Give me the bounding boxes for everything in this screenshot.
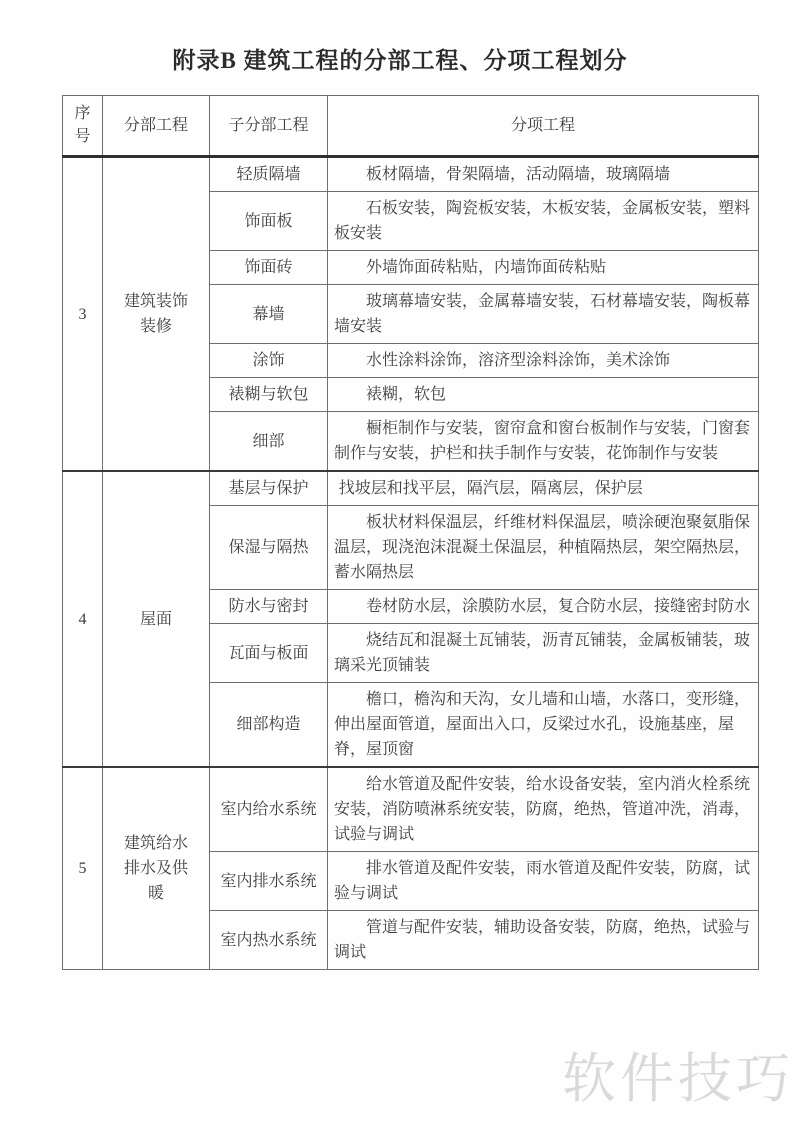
cell-items: 找坡层和找平层，隔汽层，隔离层，保护层: [328, 471, 759, 506]
document-page: 附录B 建筑工程的分部工程、分项工程划分 序号 分部工程 子分部工程 分项工程 …: [0, 0, 800, 1132]
cell-items: 石板安装，陶瓷板安装，木板安装，金属板安装，塑料板安装: [328, 192, 759, 251]
cell-items: 烧结瓦和混凝土瓦铺装，沥青瓦铺装，金属板铺装，玻璃采光顶铺装: [328, 624, 759, 683]
cell-division: 建筑给水排水及供暖: [103, 767, 210, 970]
cell-division: 建筑装饰装修: [103, 157, 210, 472]
division-label: 建筑给水排水及供暖: [122, 831, 189, 906]
table-row: 4屋面基层与保护找坡层和找平层，隔汽层，隔离层，保护层: [63, 471, 759, 506]
division-label: 屋面: [140, 607, 172, 632]
table-row: 5建筑给水排水及供暖室内给水系统给水管道及配件安装，给水设备安装，室内消火栓系统…: [63, 767, 759, 852]
cell-subdivision: 涂饰: [210, 344, 328, 378]
cell-subdivision: 室内排水系统: [210, 852, 328, 911]
header-items: 分项工程: [328, 96, 759, 157]
cell-seq-no: 4: [63, 471, 103, 767]
cell-subdivision: 饰面砖: [210, 251, 328, 285]
cell-seq-no: 5: [63, 767, 103, 970]
cell-items: 排水管道及配件安装，雨水管道及配件安装，防腐，试验与调试: [328, 852, 759, 911]
header-subdivision: 子分部工程: [210, 96, 328, 157]
cell-items: 板材隔墙，骨架隔墙，活动隔墙，玻璃隔墙: [328, 157, 759, 192]
cell-items: 外墙饰面砖粘贴，内墙饰面砖粘贴: [328, 251, 759, 285]
division-label: 建筑装饰装修: [122, 289, 189, 339]
cell-items: 裱糊，软包: [328, 378, 759, 412]
cell-subdivision: 细部: [210, 412, 328, 472]
cell-items: 管道与配件安装，辅助设备安装，防腐，绝热，试验与调试: [328, 911, 759, 970]
cell-subdivision: 瓦面与板面: [210, 624, 328, 683]
cell-subdivision: 幕墙: [210, 285, 328, 344]
cell-subdivision: 基层与保护: [210, 471, 328, 506]
cell-items: 水性涂料涂饰，溶济型涂料涂饰，美术涂饰: [328, 344, 759, 378]
cell-items: 给水管道及配件安装，给水设备安装，室内消火栓系统安装，消防喷淋系统安装，防腐，绝…: [328, 767, 759, 852]
header-division: 分部工程: [103, 96, 210, 157]
table-row: 3建筑装饰装修轻质隔墙板材隔墙，骨架隔墙，活动隔墙，玻璃隔墙: [63, 157, 759, 192]
table-body: 3建筑装饰装修轻质隔墙板材隔墙，骨架隔墙，活动隔墙，玻璃隔墙饰面板石板安装，陶瓷…: [63, 157, 759, 970]
cell-items: 卷材防水层，涂膜防水层，复合防水层，接缝密封防水: [328, 590, 759, 624]
header-seq: 序号: [63, 96, 103, 157]
cell-items: 橱柜制作与安装，窗帘盒和窗台板制作与安装，门窗套制作与安装，护栏和扶手制作与安装…: [328, 412, 759, 472]
cell-seq-no: 3: [63, 157, 103, 472]
cell-subdivision: 室内热水系统: [210, 911, 328, 970]
cell-subdivision: 饰面板: [210, 192, 328, 251]
cell-subdivision: 防水与密封: [210, 590, 328, 624]
cell-subdivision: 保湿与隔热: [210, 506, 328, 590]
table-header: 序号 分部工程 子分部工程 分项工程: [63, 96, 759, 157]
cell-items: 板状材料保温层，纤维材料保温层，喷涂硬泡聚氨脂保温层，现浇泡沫混凝土保温层，种植…: [328, 506, 759, 590]
table-header-row: 序号 分部工程 子分部工程 分项工程: [63, 96, 759, 157]
appendix-b-table: 序号 分部工程 子分部工程 分项工程 3建筑装饰装修轻质隔墙板材隔墙，骨架隔墙，…: [62, 95, 759, 970]
cell-items: 玻璃幕墙安装，金属幕墙安装，石材幕墙安装，陶板幕墙安装: [328, 285, 759, 344]
cell-division: 屋面: [103, 471, 210, 767]
cell-subdivision: 轻质隔墙: [210, 157, 328, 192]
cell-subdivision: 室内给水系统: [210, 767, 328, 852]
header-seq-label: 序号: [74, 102, 92, 148]
cell-subdivision: 裱糊与软包: [210, 378, 328, 412]
watermark: 软件技巧: [562, 1036, 794, 1113]
page-title: 附录B 建筑工程的分部工程、分项工程划分: [0, 42, 800, 75]
cell-subdivision: 细部构造: [210, 683, 328, 768]
cell-items: 檐口，檐沟和天沟，女儿墙和山墙，水落口，变形缝，伸出屋面管道，屋面出入口，反梁过…: [328, 683, 759, 768]
